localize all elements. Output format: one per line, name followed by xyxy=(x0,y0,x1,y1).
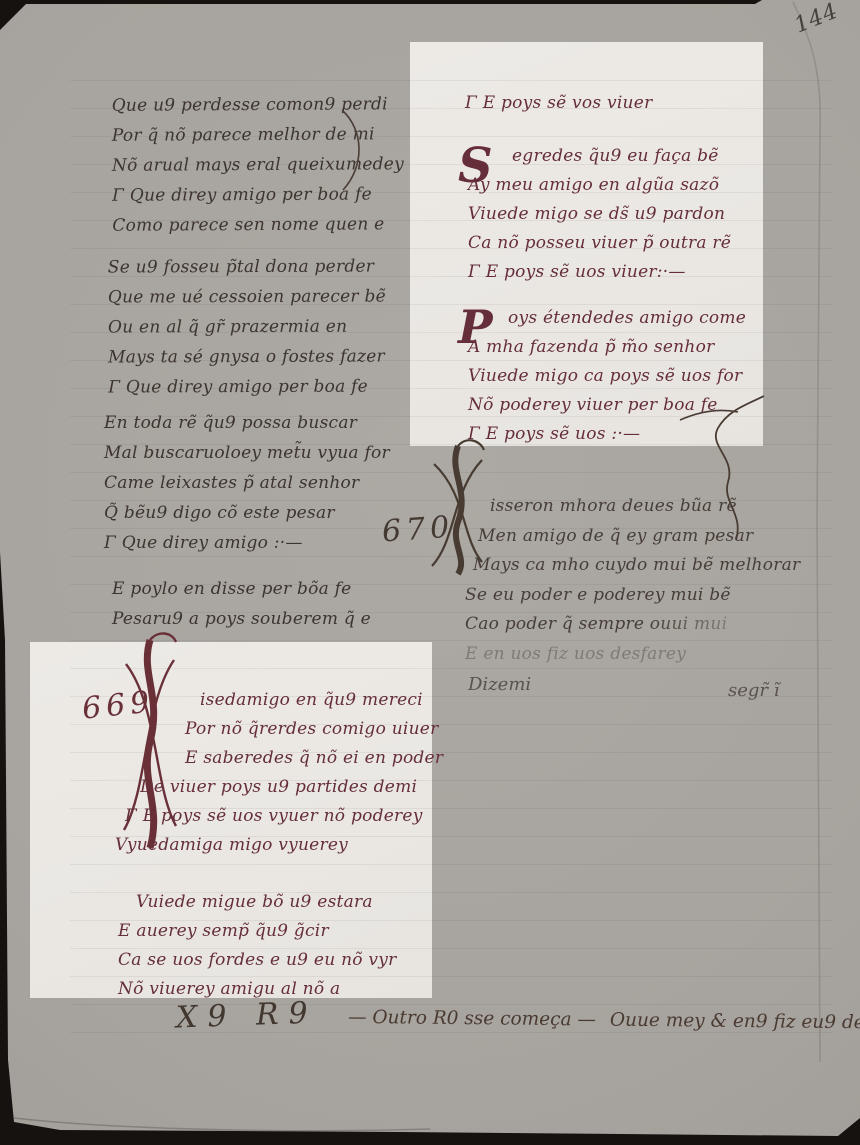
verse-line: A mha fazenda p̃ m̃o senhor xyxy=(468,333,746,362)
stanza: isedamigo en q̃u9 mereciPor nõ q̃rerdes … xyxy=(115,686,443,860)
verse-line: Q̃ bẽu9 digo cõ este pesar xyxy=(104,498,390,528)
verse-line: Por q̃ nõ parece melhor de mi xyxy=(112,119,404,151)
refrain-line: Γ E poys sẽ vos viuer xyxy=(465,88,652,118)
footer-incipit: Ouue mey & en9 fiz eu9 desfarey · xyxy=(610,1010,860,1034)
stanza: En toda rẽ q̃u9 possa buscarMal buscaruo… xyxy=(104,408,390,558)
verse-line: Viuede migo se ds̃ u9 pardon xyxy=(468,200,731,229)
stanza: Se u9 fosseu p̃tal dona perderQue me ué … xyxy=(108,252,387,403)
verse-line: Vuiede migue bõ u9 estara xyxy=(118,888,397,917)
stanza: isseron mhora deues bũa rẽMen amigo de q… xyxy=(465,492,800,669)
verse-line: E en uos fiz uos desfarey xyxy=(465,640,800,670)
verse-line: Pesaru9 a poys souberem q̃ e xyxy=(112,604,371,634)
verse-line: E poylo en disse per bõa fe xyxy=(112,574,371,604)
verse-line: Ay meu amigo en algũa sazõ xyxy=(468,171,731,200)
verse-line: Ou en al q̃ gr̃ prazermia en xyxy=(108,312,386,343)
verse-line: Mays ta sé gnysa o fostes fazer xyxy=(108,342,386,373)
verse-line: Γ E poys sẽ vos viuer xyxy=(465,88,652,118)
verse-line: E auerey semp̃ q̃u9 g̃cir xyxy=(118,917,397,946)
faded-word: segr̃ ĩ xyxy=(728,680,780,701)
stanza: oys étendedes amigo comeA mha fazenda p̃… xyxy=(468,304,746,449)
verse-line: Mays ca mho cuydo mui bẽ melhorar xyxy=(465,551,800,581)
stanza: Vuiede migue bõ u9 estaraE auerey semp̃ … xyxy=(118,888,397,1004)
verse-line: Nõ arual mays eral queixumedey xyxy=(112,149,404,181)
verse-line: Se eu poder e poderey mui bẽ xyxy=(465,581,800,611)
verse-line: Como parece sen nome quen e xyxy=(112,209,404,241)
poem-highlight-right: Γ E poys sẽ vos viuer S egredes q̃u9 eu … xyxy=(410,42,763,446)
verse-line: Came leixastes p̃ atal senhor xyxy=(104,468,390,498)
verse-line: Γ Que direy amigo per boa fe xyxy=(108,372,386,403)
verse-line: Que u9 perdesse comon9 perdi xyxy=(112,89,404,121)
verse-line: Cao poder q̃ sempre ouui mui xyxy=(465,610,800,640)
poem-669: 669 isedamigo en q̃u9 mereciPor nõ q̃rer… xyxy=(30,642,432,998)
margin-number: 670 xyxy=(381,510,456,550)
faded-word: Dizemi xyxy=(468,674,531,695)
stanza: Que u9 perdesse comon9 perdiPor q̃ nõ pa… xyxy=(112,89,405,241)
verse-line: Γ Que direy amigo per boa fe xyxy=(112,179,404,211)
verse-line: egredes q̃u9 eu faça bẽ xyxy=(468,142,731,171)
footer-mark: X9 R9 xyxy=(175,996,318,1036)
verse-line: Nõ poderey viuer per boa fe xyxy=(468,391,746,420)
verse-line: Mal buscaruoloey met̃u vyua for xyxy=(104,438,390,468)
verse-line: Que me ué cessoien parecer bẽ xyxy=(108,282,386,313)
verse-line: Γ Que direy amigo :·— xyxy=(104,528,390,558)
verse-line: Vyuedamiga migo vyuerey xyxy=(115,831,443,860)
verse-line: Ca se uos fordes e u9 eu nõ vyr xyxy=(118,946,397,975)
verse-line: isedamigo en q̃u9 mereci xyxy=(115,686,443,715)
verse-line: Ca nõ posseu viuer p̃ outra rẽ xyxy=(468,229,731,258)
verse-line: De viuer poys u9 partides demi xyxy=(115,773,443,802)
verse-line: Por nõ q̃rerdes comigo uiuer xyxy=(115,715,443,744)
verse-line: Γ E poys sẽ uos :·— xyxy=(468,420,746,449)
verse-line: E saberedes q̃ nõ ei en poder xyxy=(115,744,443,773)
footer-note: — Outro R0 sse começa — xyxy=(348,1007,596,1031)
stanza: egredes q̃u9 eu faça bẽAy meu amigo en a… xyxy=(468,142,731,287)
verse-line: Γ E poys sẽ uos viuer:·— xyxy=(468,258,731,287)
verse-line: Γ E poys sẽ uos vyuer nõ poderey xyxy=(115,802,443,831)
verse-line: Men amigo de q̃ ey gram pesar xyxy=(465,522,800,552)
verse-line: oys étendedes amigo come xyxy=(468,304,746,333)
verse-line: isseron mhora deues bũa rẽ xyxy=(465,492,800,522)
verse-line: En toda rẽ q̃u9 possa buscar xyxy=(104,408,390,438)
verse-line: Viuede migo ca poys sẽ uos for xyxy=(468,362,746,391)
verse-line: Se u9 fosseu p̃tal dona perder xyxy=(108,252,386,283)
manuscript-scan: 144 Que u9 perdesse comon9 perdiPor q̃ n… xyxy=(0,0,860,1145)
stanza: E poylo en disse per bõa fePesaru9 a poy… xyxy=(112,574,371,634)
